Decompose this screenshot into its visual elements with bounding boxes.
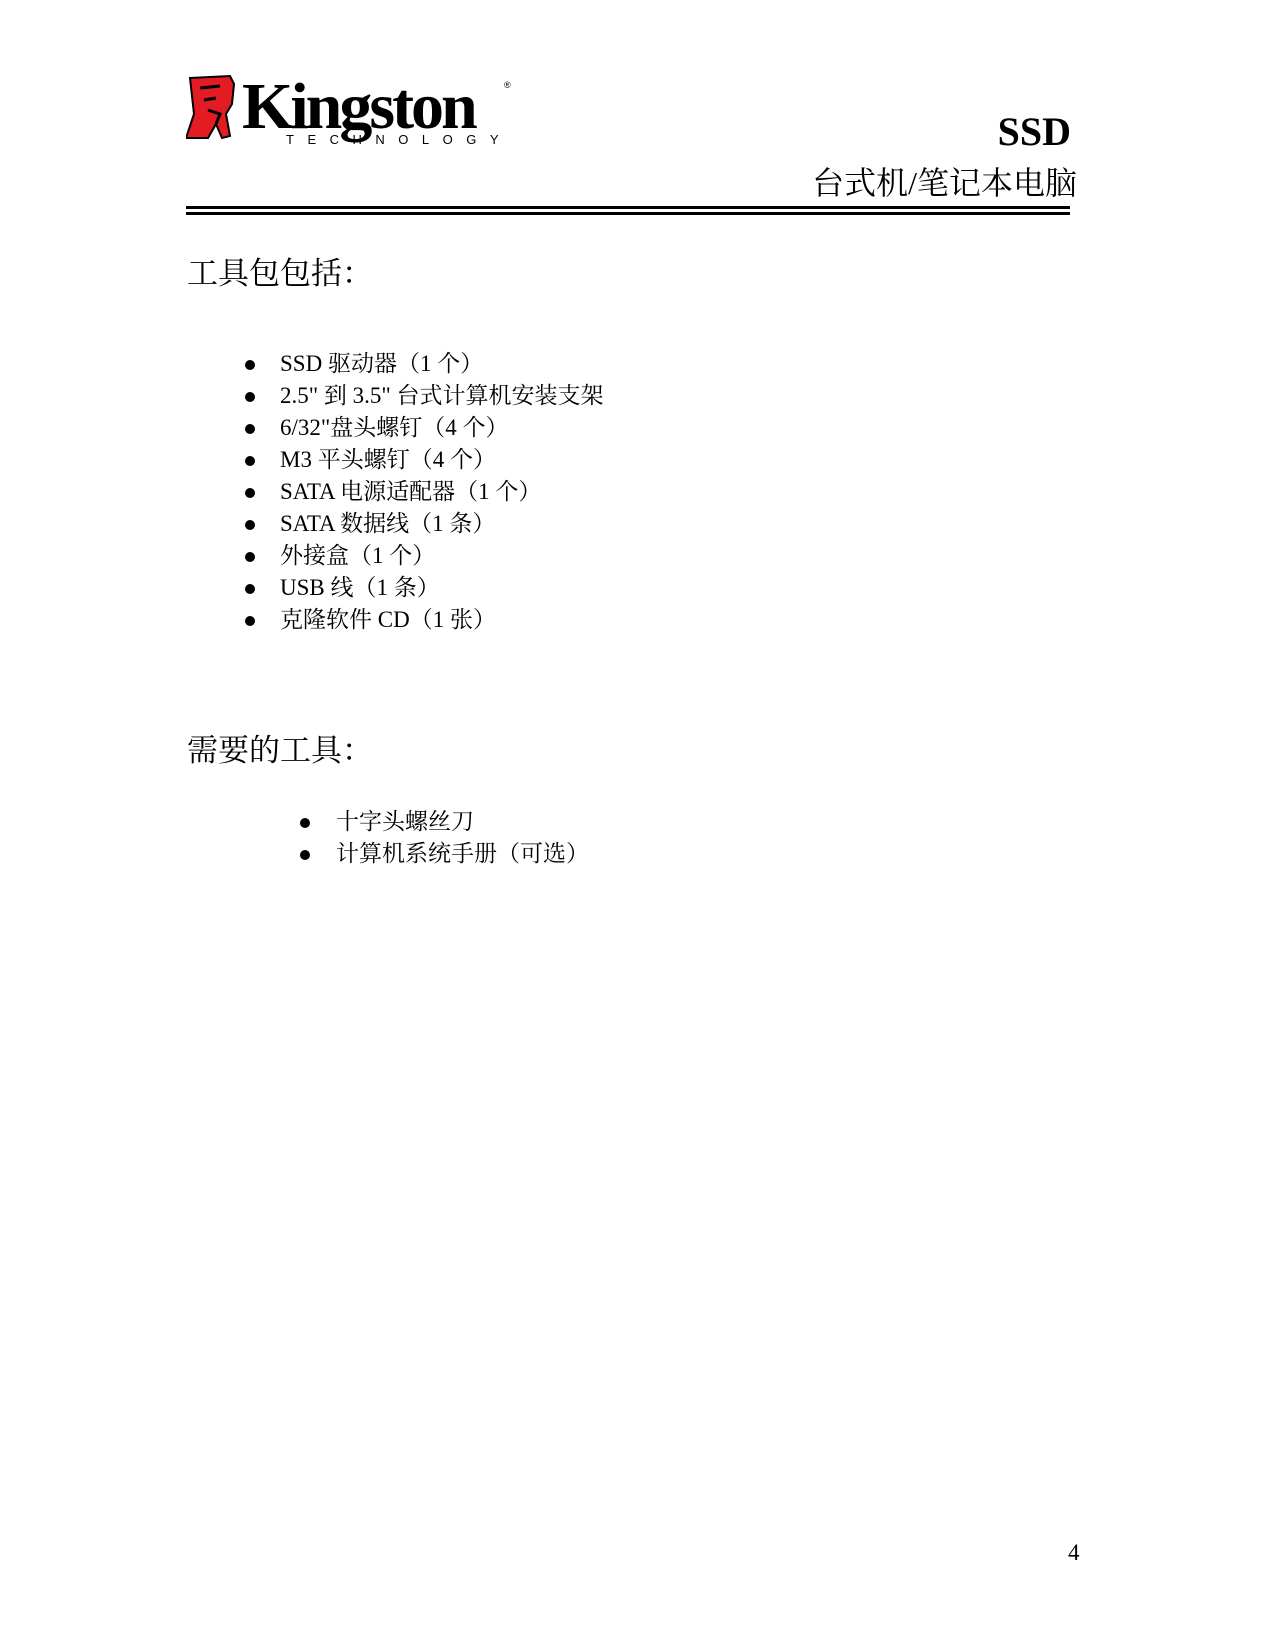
- svg-text:®: ®: [504, 80, 511, 90]
- bullet-icon: [245, 456, 255, 466]
- bullet-icon: [245, 360, 255, 370]
- bullet-icon: [300, 850, 310, 860]
- bullet-icon: [245, 520, 255, 530]
- kingston-head-icon: Kingston TECHNOLOGY ®: [186, 74, 516, 146]
- bullet-icon: [245, 552, 255, 562]
- section-heading-required-tools: 需要的工具：: [187, 725, 373, 770]
- bullet-icon: [245, 584, 255, 594]
- kingston-logo: Kingston TECHNOLOGY ®: [186, 74, 516, 146]
- bullet-icon: [245, 392, 255, 402]
- header-divider: [186, 206, 1070, 209]
- bullet-icon: [300, 818, 310, 828]
- page-number: 4: [1068, 1540, 1080, 1566]
- section-heading-kit-contents: 工具包包括：: [187, 248, 373, 293]
- bullet-icon: [245, 488, 255, 498]
- bullet-icon: [245, 616, 255, 626]
- product-title: SSD: [998, 108, 1071, 155]
- svg-text:TECHNOLOGY: TECHNOLOGY: [286, 132, 512, 146]
- product-subtitle: 台式机/笔记本电脑: [812, 158, 1077, 204]
- bullet-icon: [245, 424, 255, 434]
- header-divider-secondary: [186, 212, 1070, 215]
